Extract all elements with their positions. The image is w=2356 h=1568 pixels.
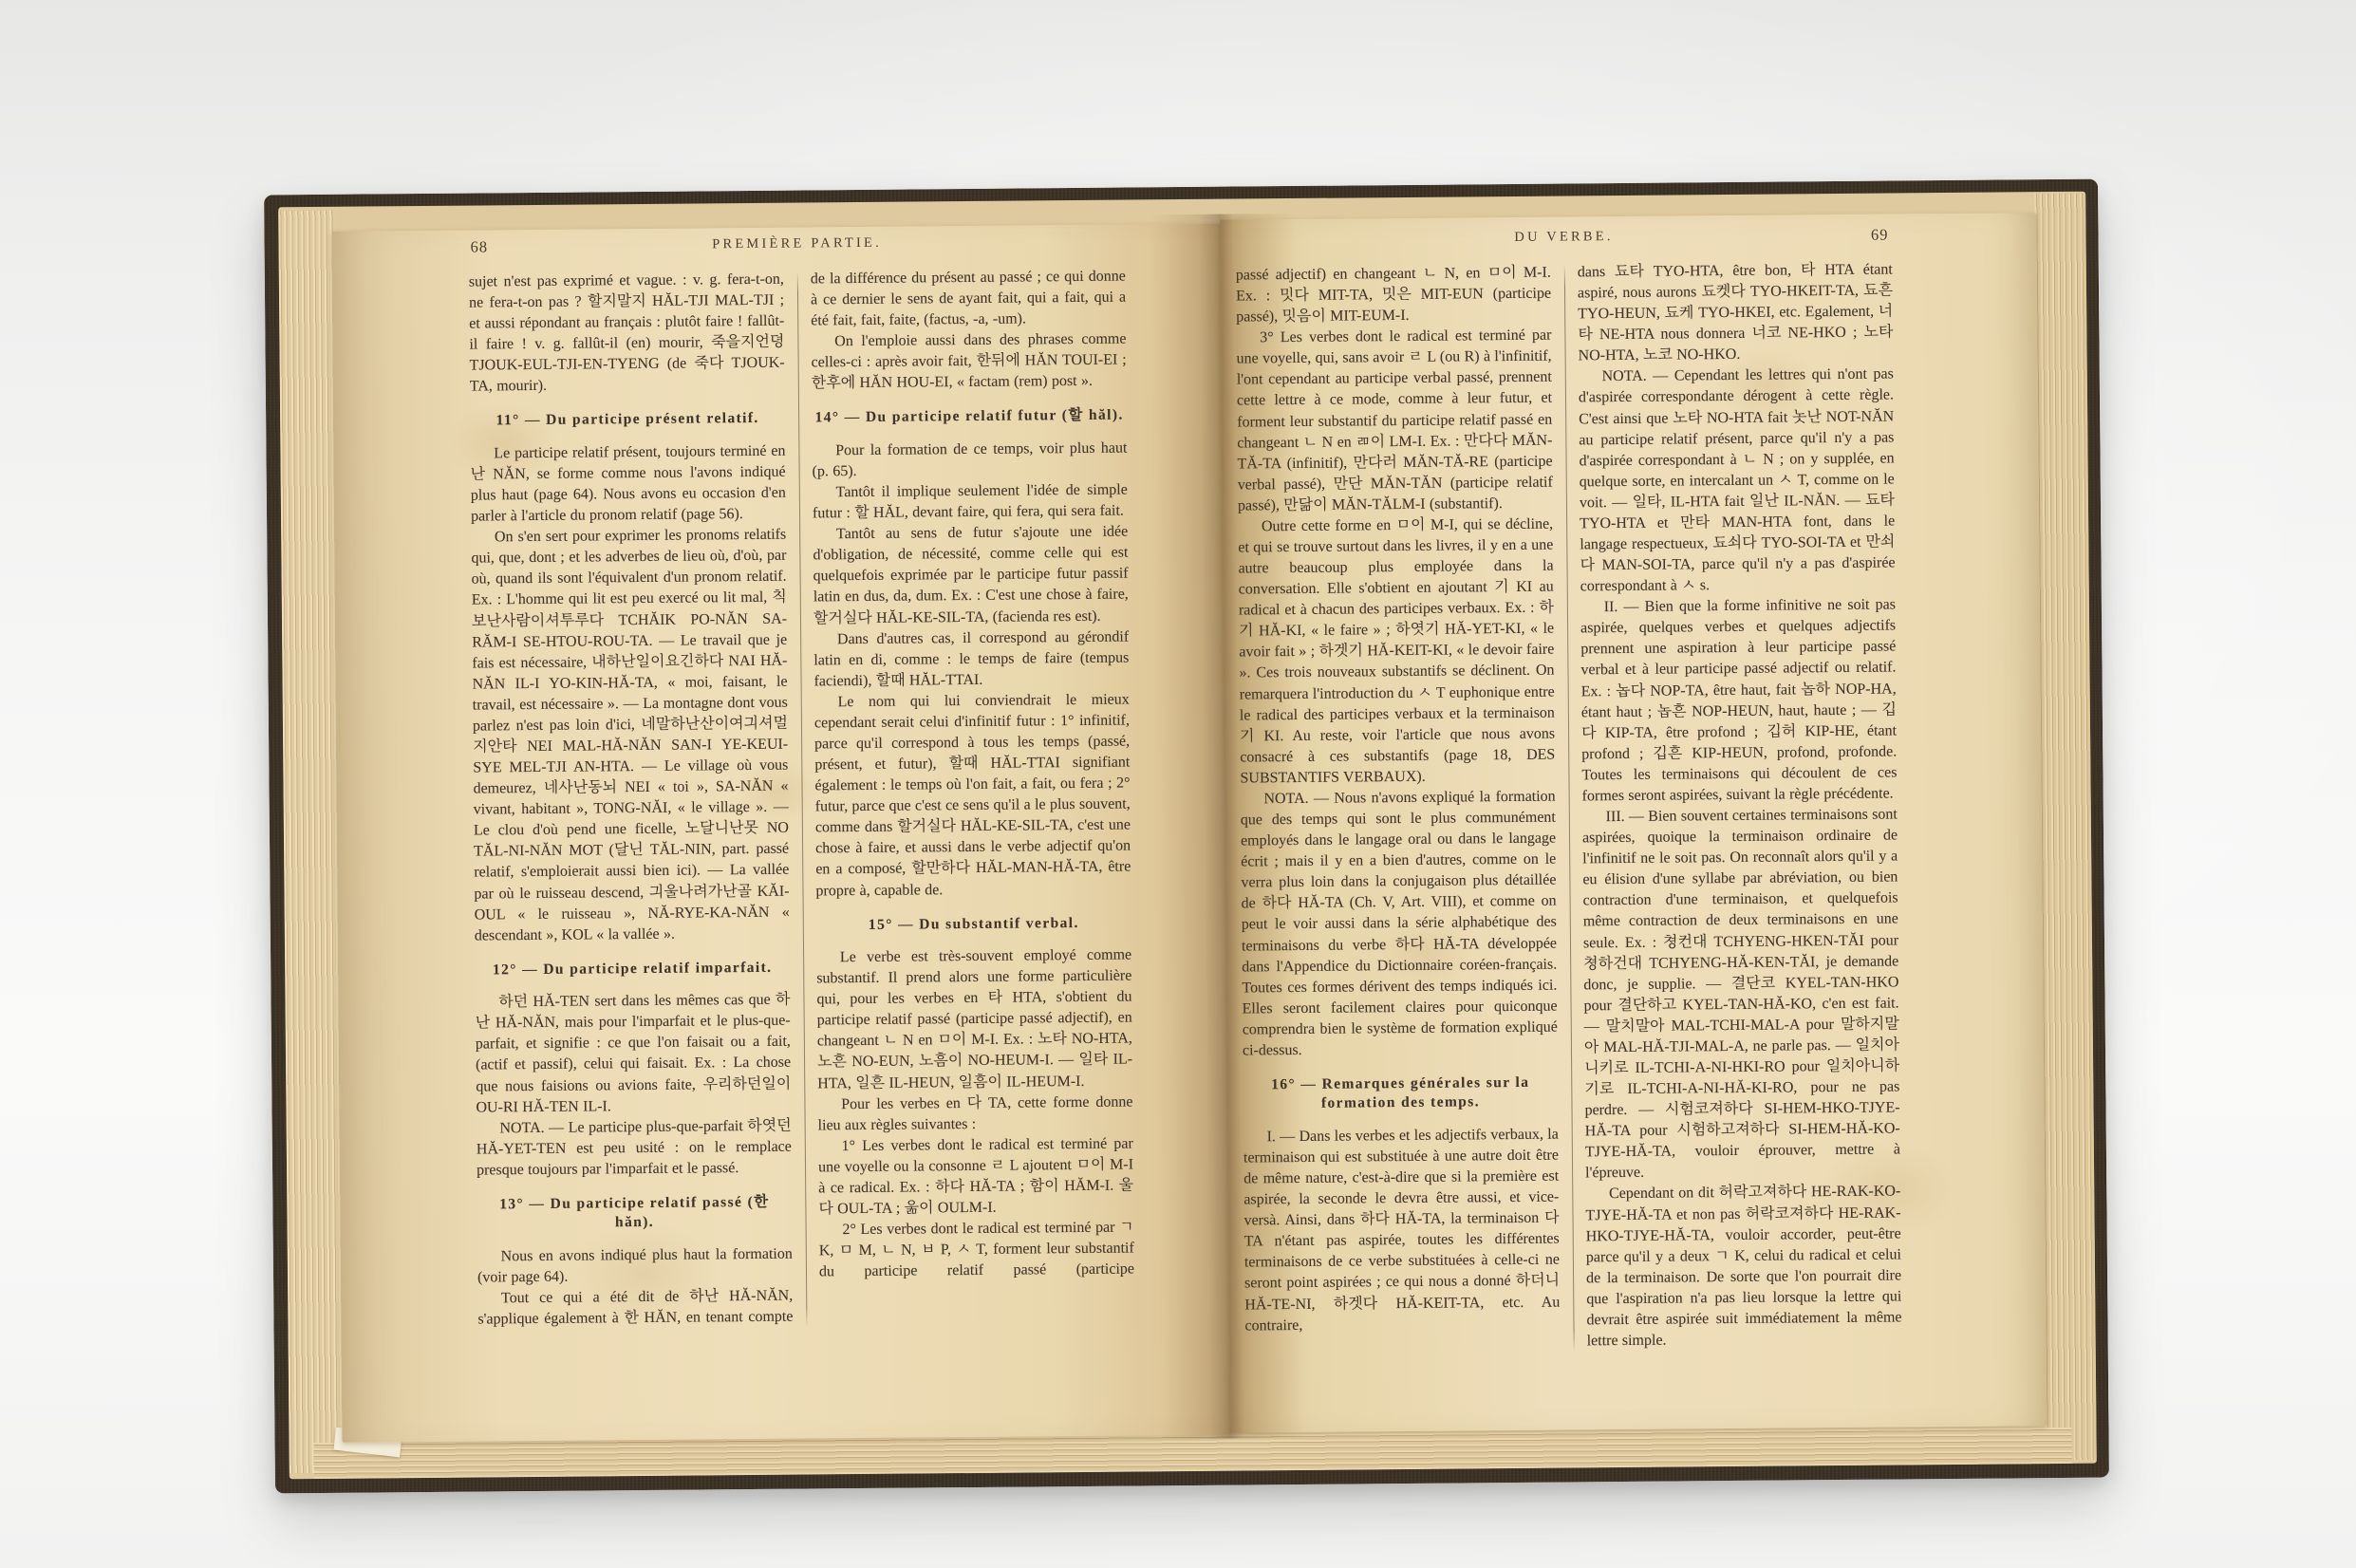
text-column-1: sujet n'est pas exprimé et vague. : v. g…	[469, 270, 794, 1331]
paragraph: On s'en sert pour exprimer les pronoms r…	[471, 525, 790, 946]
paragraph: Le participe relatif présent, toujours t…	[470, 441, 786, 528]
text-columns: passé adjectif) en changeant ㄴ N, en ㅁ이 …	[1236, 259, 1902, 1354]
running-title: DU VERBE.	[1235, 226, 1892, 248]
section-heading: 14° — Du participe relatif futur (할 hăl)…	[813, 406, 1125, 428]
paragraph: Tout ce qui a été dit de 하난 HĂ-NĂN, s'ap…	[477, 1286, 793, 1331]
text-column-2: de la différence du présent au passé ; c…	[811, 267, 1135, 1328]
paragraph: On l'emploie aussi dans des phrases comm…	[811, 329, 1127, 395]
paragraph: de la différence du présent au passé ; c…	[811, 267, 1127, 332]
paragraph: I. — Dans les verbes et les adjectifs ve…	[1243, 1124, 1561, 1336]
paragraph: Dans d'autres cas, il correspond au géro…	[813, 626, 1130, 692]
page-left-content: 68 PREMIÈRE PARTIE. sujet n'est pas expr…	[468, 231, 1134, 1331]
page-right-content: DU VERBE. 69 passé adjectif) en changean…	[1235, 223, 1901, 1354]
page-left-header: 68 PREMIÈRE PARTIE.	[468, 231, 1125, 265]
text-column-3: passé adjectif) en changeant ㄴ N, en ㅁ이 …	[1236, 263, 1561, 1355]
paragraph: NOTA. — Cependant les lettres qui n'ont …	[1579, 364, 1896, 598]
column-divider	[1564, 264, 1575, 1352]
paragraph: Outre cette forme en ㅁ이 M-I, qui se décl…	[1238, 514, 1555, 790]
paragraph: Cependant on dit 허락고져하다 HE-RAK-KO-TJYE-H…	[1585, 1182, 1902, 1353]
paragraph: dans 됴타 TYO-HTA, être bon, 타 HTA étant a…	[1578, 259, 1894, 366]
page-right: DU VERBE. 69 passé adjectif) en changean…	[1220, 213, 2047, 1432]
paragraph: sujet n'est pas exprimé et vague. : v. g…	[469, 270, 785, 398]
paragraph: Pour les verbes en 다 TA, cette forme don…	[817, 1092, 1132, 1136]
paragraph: 하던 HĂ-TEN sert dans les mêmes cas que 하난…	[475, 990, 791, 1118]
section-heading: 13° — Du participe relatif passé (한 hăn)…	[478, 1193, 790, 1235]
section-heading: 16° — Remarques générales sur la formati…	[1244, 1073, 1556, 1115]
paragraph: Le nom qui lui conviendrait le mieux cep…	[814, 689, 1131, 902]
paragraph: Tantôt il implique seulement l'idée de s…	[813, 480, 1128, 525]
page-stack: 68 PREMIÈRE PARTIE. sujet n'est pas expr…	[278, 192, 2097, 1480]
paragraph: NOTA. — Le participe plus-que-parfait 하엿…	[477, 1115, 793, 1181]
running-title: PREMIÈRE PARTIE.	[468, 233, 1125, 255]
page-right-header: DU VERBE. 69	[1235, 223, 1892, 257]
paragraph: III. — Bien souvent certaines terminaiso…	[1582, 804, 1900, 1184]
paragraph: Nous en avons indiqué plus haut la forma…	[477, 1243, 793, 1288]
paragraph: NOTA. — Nous n'avons expliqué la formati…	[1241, 787, 1558, 1062]
section-heading: 11° — Du participe présent relatif.	[472, 409, 783, 431]
paragraph: 2° Les verbes dont le radical est termin…	[819, 1218, 1135, 1283]
text-column-4: dans 됴타 TYO-HTA, être bon, 타 HTA étant a…	[1578, 259, 1902, 1352]
column-divider	[797, 271, 808, 1328]
page-number: 69	[1871, 226, 1889, 245]
paragraph: II. — Bien que la forme infinitive ne so…	[1580, 595, 1898, 808]
paragraph: Le verbe est très-souvent employé comme …	[816, 945, 1132, 1094]
paragraph: 1° Les verbes dont le radical est termin…	[818, 1133, 1134, 1220]
section-heading: 12° — Du participe relatif imparfait.	[477, 958, 788, 980]
paragraph: passé adjectif) en changeant ㄴ N, en ㅁ이 …	[1236, 263, 1552, 328]
photo-backdrop: { "colors":{"paper":"#ecdbb5","ink":"#3e…	[0, 0, 2356, 1568]
open-book: 68 PREMIÈRE PARTIE. sujet n'est pas expr…	[264, 179, 2109, 1494]
paragraph: Tantôt au sens de futur s'ajoute une idé…	[813, 522, 1129, 629]
section-heading: 15° — Du substantif verbal.	[818, 913, 1130, 935]
page-left: 68 PREMIÈRE PARTIE. sujet n'est pas expr…	[331, 224, 1230, 1443]
paragraph: Pour la formation de ce temps, voir plus…	[812, 438, 1127, 482]
text-columns: sujet n'est pas exprimé et vague. : v. g…	[469, 267, 1135, 1331]
paragraph: 3° Les verbes dont le radical est termin…	[1236, 326, 1553, 517]
